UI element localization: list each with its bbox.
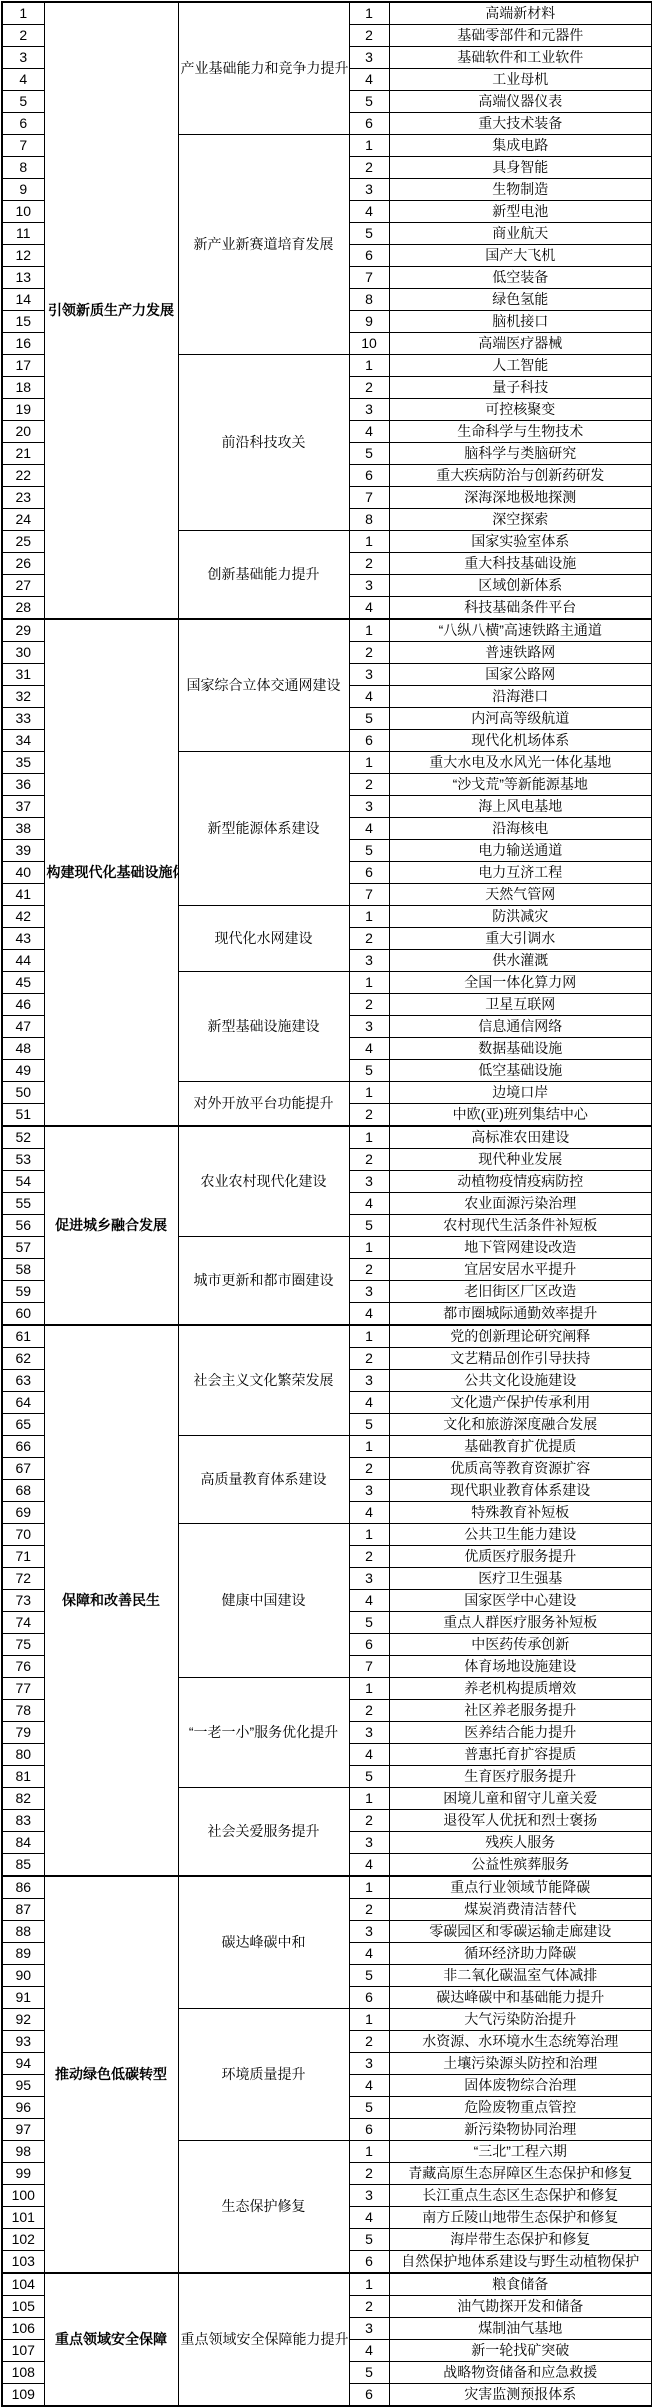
row-number-cell: 6: [2, 113, 44, 135]
item-number-cell: 2: [349, 1149, 389, 1171]
item-name-cell: 国家实验室体系: [389, 531, 652, 553]
item-number-cell: 6: [349, 730, 389, 752]
item-number-cell: 1: [349, 135, 389, 157]
row-number-cell: 89: [2, 1943, 44, 1965]
item-number-cell: 2: [349, 928, 389, 950]
item-name-cell: 国家医学中心建设: [389, 1590, 652, 1612]
row-number-cell: 71: [2, 1546, 44, 1568]
item-name-cell: 低空装备: [389, 267, 652, 289]
item-number-cell: 3: [349, 2053, 389, 2075]
item-name-cell: 碳达峰碳中和基础能力提升: [389, 1987, 652, 2009]
subcategory-cell: 重点领域安全保障能力提升: [178, 2273, 349, 2406]
item-name-cell: 天然气管网: [389, 884, 652, 906]
row-number-cell: 107: [2, 2340, 44, 2362]
row-number-cell: 65: [2, 1414, 44, 1436]
item-name-cell: 国产大飞机: [389, 245, 652, 267]
item-number-cell: 3: [349, 1832, 389, 1854]
item-name-cell: 低空基础设施: [389, 1060, 652, 1082]
row-number-cell: 34: [2, 730, 44, 752]
subcategory-cell: 创新基础能力提升: [178, 531, 349, 620]
item-number-cell: 4: [349, 1590, 389, 1612]
item-name-cell: 文化和旅游深度融合发展: [389, 1414, 652, 1436]
item-number-cell: 4: [349, 1854, 389, 1877]
subcategory-cell: 对外开放平台功能提升: [178, 1082, 349, 1127]
row-number-cell: 102: [2, 2229, 44, 2251]
item-number-cell: 4: [349, 1392, 389, 1414]
item-number-cell: 4: [349, 2340, 389, 2362]
item-number-cell: 1: [349, 1788, 389, 1810]
row-number-cell: 70: [2, 1524, 44, 1546]
item-name-cell: 重大引调水: [389, 928, 652, 950]
item-name-cell: 新污染物协同治理: [389, 2119, 652, 2141]
item-number-cell: 3: [349, 2185, 389, 2207]
item-number-cell: 2: [349, 1348, 389, 1370]
item-name-cell: 信息通信网络: [389, 1016, 652, 1038]
item-name-cell: 动植物疫情疫病防控: [389, 1171, 652, 1193]
row-number-cell: 10: [2, 201, 44, 223]
item-number-cell: 3: [349, 399, 389, 421]
item-number-cell: 1: [349, 1436, 389, 1458]
item-name-cell: 集成电路: [389, 135, 652, 157]
table-row: 29构建现代化基础设施体系国家综合立体交通网建设1“八纵八横”高速铁路主通道: [2, 619, 652, 642]
item-number-cell: 10: [349, 333, 389, 355]
row-number-cell: 32: [2, 686, 44, 708]
item-name-cell: “沙戈荒”等新能源基地: [389, 774, 652, 796]
item-number-cell: 3: [349, 664, 389, 686]
item-number-cell: 3: [349, 1281, 389, 1303]
item-name-cell: 水资源、水环境水生态统筹治理: [389, 2031, 652, 2053]
row-number-cell: 54: [2, 1171, 44, 1193]
row-number-cell: 23: [2, 487, 44, 509]
item-name-cell: 公共文化设施建设: [389, 1370, 652, 1392]
item-number-cell: 1: [349, 619, 389, 642]
row-number-cell: 73: [2, 1590, 44, 1612]
subcategory-cell: 国家综合立体交通网建设: [178, 619, 349, 752]
subcategory-cell: 高质量教育体系建设: [178, 1436, 349, 1524]
row-number-cell: 13: [2, 267, 44, 289]
item-name-cell: 绿色氢能: [389, 289, 652, 311]
item-name-cell: 现代职业教育体系建设: [389, 1480, 652, 1502]
item-number-cell: 2: [349, 2296, 389, 2318]
item-name-cell: 海岸带生态保护和修复: [389, 2229, 652, 2251]
item-number-cell: 4: [349, 1943, 389, 1965]
item-number-cell: 5: [349, 708, 389, 730]
subcategory-cell: 社会关爱服务提升: [178, 1788, 349, 1877]
row-number-cell: 58: [2, 1259, 44, 1281]
row-number-cell: 88: [2, 1921, 44, 1943]
item-number-cell: 1: [349, 972, 389, 994]
item-name-cell: 卫星互联网: [389, 994, 652, 1016]
item-name-cell: 国家公路网: [389, 664, 652, 686]
row-number-cell: 79: [2, 1722, 44, 1744]
item-number-cell: 5: [349, 223, 389, 245]
item-number-cell: 5: [349, 1965, 389, 1987]
row-number-cell: 92: [2, 2009, 44, 2031]
item-number-cell: 3: [349, 950, 389, 972]
row-number-cell: 20: [2, 421, 44, 443]
item-name-cell: 重大科技基础设施: [389, 553, 652, 575]
row-number-cell: 19: [2, 399, 44, 421]
item-name-cell: 大气污染防治提升: [389, 2009, 652, 2031]
subcategory-cell: 社会主义文化繁荣发展: [178, 1325, 349, 1436]
item-name-cell: 脑机接口: [389, 311, 652, 333]
item-number-cell: 2: [349, 1259, 389, 1281]
row-number-cell: 36: [2, 774, 44, 796]
item-name-cell: 农村现代生活条件补短板: [389, 1215, 652, 1237]
item-name-cell: 公共卫生能力建设: [389, 1524, 652, 1546]
row-number-cell: 37: [2, 796, 44, 818]
item-name-cell: 防洪减灾: [389, 906, 652, 928]
item-number-cell: 2: [349, 774, 389, 796]
row-number-cell: 69: [2, 1502, 44, 1524]
row-number-cell: 59: [2, 1281, 44, 1303]
item-name-cell: 优质高等教育资源扩容: [389, 1458, 652, 1480]
row-number-cell: 63: [2, 1370, 44, 1392]
item-name-cell: 特殊教育补短板: [389, 1502, 652, 1524]
subcategory-cell: 环境质量提升: [178, 2009, 349, 2141]
item-name-cell: 党的创新理论研究阐释: [389, 1325, 652, 1348]
row-number-cell: 100: [2, 2185, 44, 2207]
item-number-cell: 3: [349, 1480, 389, 1502]
item-name-cell: 沿海核电: [389, 818, 652, 840]
item-number-cell: 5: [349, 443, 389, 465]
item-number-cell: 6: [349, 113, 389, 135]
item-number-cell: 3: [349, 1921, 389, 1943]
item-name-cell: 非二氧化碳温室气体减排: [389, 1965, 652, 1987]
plan-table-body: 1引领新质生产力发展产业基础能力和竞争力提升1高端新材料22基础零部件和元器件3…: [2, 2, 652, 2406]
subcategory-cell: 生态保护修复: [178, 2141, 349, 2274]
item-name-cell: 普速铁路网: [389, 642, 652, 664]
item-name-cell: 南方丘陵山地带生态保护和修复: [389, 2207, 652, 2229]
item-number-cell: 7: [349, 487, 389, 509]
row-number-cell: 31: [2, 664, 44, 686]
row-number-cell: 4: [2, 69, 44, 91]
item-name-cell: 可控核聚变: [389, 399, 652, 421]
item-number-cell: 6: [349, 1987, 389, 2009]
item-name-cell: 农业面源污染治理: [389, 1193, 652, 1215]
item-name-cell: 循环经济助力降碳: [389, 1943, 652, 1965]
item-number-cell: 4: [349, 69, 389, 91]
item-name-cell: 退役军人优抚和烈士褒扬: [389, 1810, 652, 1832]
item-number-cell: 2: [349, 1458, 389, 1480]
row-number-cell: 49: [2, 1060, 44, 1082]
row-number-cell: 68: [2, 1480, 44, 1502]
row-number-cell: 62: [2, 1348, 44, 1370]
row-number-cell: 12: [2, 245, 44, 267]
item-name-cell: 青藏高原生态屏障区生态保护和修复: [389, 2163, 652, 2185]
item-number-cell: 2: [349, 1899, 389, 1921]
item-name-cell: 普惠托育扩容提质: [389, 1744, 652, 1766]
item-number-cell: 5: [349, 2362, 389, 2384]
row-number-cell: 106: [2, 2318, 44, 2340]
item-name-cell: 生育医疗服务提升: [389, 1766, 652, 1788]
row-number-cell: 3: [2, 47, 44, 69]
item-number-cell: 3: [349, 1568, 389, 1590]
row-number-cell: 48: [2, 1038, 44, 1060]
row-number-cell: 97: [2, 2119, 44, 2141]
item-number-cell: 3: [349, 1171, 389, 1193]
item-name-cell: 长江重点生态区生态保护和修复: [389, 2185, 652, 2207]
table-row: 86推动绿色低碳转型碳达峰碳中和1重点行业领域节能降碳: [2, 1876, 652, 1899]
subcategory-cell: 新型能源体系建设: [178, 752, 349, 906]
item-name-cell: 都市圈城际通勤效率提升: [389, 1303, 652, 1326]
category-cell: 构建现代化基础设施体系: [44, 619, 178, 1126]
item-number-cell: 6: [349, 1634, 389, 1656]
item-number-cell: 2: [349, 25, 389, 47]
subcategory-cell: 产业基础能力和竞争力提升: [178, 2, 349, 135]
item-name-cell: 现代种业发展: [389, 1149, 652, 1171]
row-number-cell: 44: [2, 950, 44, 972]
item-number-cell: 3: [349, 2318, 389, 2340]
item-number-cell: 4: [349, 201, 389, 223]
item-name-cell: 生命科学与生物技术: [389, 421, 652, 443]
table-row: 1引领新质生产力发展产业基础能力和竞争力提升1高端新材料: [2, 2, 652, 25]
item-name-cell: 危险废物重点管控: [389, 2097, 652, 2119]
item-number-cell: 8: [349, 509, 389, 531]
row-number-cell: 16: [2, 333, 44, 355]
item-number-cell: 2: [349, 2163, 389, 2185]
subcategory-cell: 新型基础设施建设: [178, 972, 349, 1082]
item-number-cell: 2: [349, 377, 389, 399]
item-name-cell: 困境儿童和留守儿童关爱: [389, 1788, 652, 1810]
table-row: 61保障和改善民生社会主义文化繁荣发展1党的创新理论研究阐释: [2, 1325, 652, 1348]
row-number-cell: 82: [2, 1788, 44, 1810]
row-number-cell: 90: [2, 1965, 44, 1987]
item-name-cell: 沿海港口: [389, 686, 652, 708]
item-name-cell: 公益性殡葬服务: [389, 1854, 652, 1877]
item-name-cell: 重大水电及水风光一体化基地: [389, 752, 652, 774]
row-number-cell: 51: [2, 1104, 44, 1127]
row-number-cell: 28: [2, 597, 44, 620]
item-number-cell: 6: [349, 862, 389, 884]
item-number-cell: 3: [349, 1722, 389, 1744]
item-name-cell: 煤制油气基地: [389, 2318, 652, 2340]
item-name-cell: 重点行业领域节能降碳: [389, 1876, 652, 1899]
item-number-cell: 1: [349, 1237, 389, 1259]
row-number-cell: 30: [2, 642, 44, 664]
item-number-cell: 1: [349, 1325, 389, 1348]
row-number-cell: 108: [2, 2362, 44, 2384]
row-number-cell: 29: [2, 619, 44, 642]
row-number-cell: 84: [2, 1832, 44, 1854]
item-number-cell: 7: [349, 1656, 389, 1678]
row-number-cell: 99: [2, 2163, 44, 2185]
row-number-cell: 87: [2, 1899, 44, 1921]
item-name-cell: 高标准农田建设: [389, 1126, 652, 1149]
document-page: 1引领新质生产力发展产业基础能力和竞争力提升1高端新材料22基础零部件和元器件3…: [0, 0, 652, 2408]
item-number-cell: 3: [349, 47, 389, 69]
item-number-cell: 5: [349, 2229, 389, 2251]
item-name-cell: 高端仪器仪表: [389, 91, 652, 113]
item-number-cell: 4: [349, 2207, 389, 2229]
row-number-cell: 53: [2, 1149, 44, 1171]
item-number-cell: 1: [349, 1524, 389, 1546]
row-number-cell: 35: [2, 752, 44, 774]
item-number-cell: 1: [349, 2, 389, 25]
item-number-cell: 2: [349, 1546, 389, 1568]
item-name-cell: 基础软件和工业软件: [389, 47, 652, 69]
item-name-cell: 优质医疗服务提升: [389, 1546, 652, 1568]
row-number-cell: 40: [2, 862, 44, 884]
item-name-cell: 养老机构提质增效: [389, 1678, 652, 1700]
table-row: 104重点领域安全保障重点领域安全保障能力提升1粮食储备: [2, 2273, 652, 2296]
row-number-cell: 8: [2, 157, 44, 179]
item-number-cell: 4: [349, 1193, 389, 1215]
row-number-cell: 5: [2, 91, 44, 113]
row-number-cell: 45: [2, 972, 44, 994]
item-name-cell: “八纵八横”高速铁路主通道: [389, 619, 652, 642]
row-number-cell: 18: [2, 377, 44, 399]
row-number-cell: 38: [2, 818, 44, 840]
item-name-cell: 体育场地设施建设: [389, 1656, 652, 1678]
item-number-cell: 1: [349, 752, 389, 774]
item-number-cell: 4: [349, 818, 389, 840]
row-number-cell: 66: [2, 1436, 44, 1458]
row-number-cell: 67: [2, 1458, 44, 1480]
row-number-cell: 83: [2, 1810, 44, 1832]
row-number-cell: 93: [2, 2031, 44, 2053]
item-name-cell: 供水灌溉: [389, 950, 652, 972]
item-name-cell: 重点人群医疗服务补短板: [389, 1612, 652, 1634]
row-number-cell: 72: [2, 1568, 44, 1590]
category-cell: 引领新质生产力发展: [44, 2, 178, 619]
item-number-cell: 4: [349, 1744, 389, 1766]
row-number-cell: 39: [2, 840, 44, 862]
item-name-cell: 新一轮找矿突破: [389, 2340, 652, 2362]
item-number-cell: 5: [349, 1612, 389, 1634]
subcategory-cell: 健康中国建设: [178, 1524, 349, 1678]
plan-category-table: 1引领新质生产力发展产业基础能力和竞争力提升1高端新材料22基础零部件和元器件3…: [1, 1, 652, 2407]
item-name-cell: 现代化机场体系: [389, 730, 652, 752]
item-name-cell: 残疾人服务: [389, 1832, 652, 1854]
category-cell: 重点领域安全保障: [44, 2273, 178, 2406]
item-name-cell: 中欧(亚)班列集结中心: [389, 1104, 652, 1127]
item-name-cell: 量子科技: [389, 377, 652, 399]
item-name-cell: 自然保护地体系建设与野生动植物保护: [389, 2251, 652, 2274]
item-name-cell: 土壤污染源头防控和治理: [389, 2053, 652, 2075]
row-number-cell: 98: [2, 2141, 44, 2163]
row-number-cell: 26: [2, 553, 44, 575]
item-name-cell: 高端医疗器械: [389, 333, 652, 355]
item-name-cell: 重大疾病防治与创新药研发: [389, 465, 652, 487]
item-name-cell: 文艺精品创作引导扶持: [389, 1348, 652, 1370]
item-number-cell: 2: [349, 1810, 389, 1832]
item-name-cell: 深海深地极地探测: [389, 487, 652, 509]
row-number-cell: 52: [2, 1126, 44, 1149]
subcategory-cell: “一老一小”服务优化提升: [178, 1678, 349, 1788]
row-number-cell: 50: [2, 1082, 44, 1104]
item-number-cell: 5: [349, 1060, 389, 1082]
row-number-cell: 9: [2, 179, 44, 201]
row-number-cell: 21: [2, 443, 44, 465]
row-number-cell: 81: [2, 1766, 44, 1788]
item-name-cell: 工业母机: [389, 69, 652, 91]
subcategory-cell: 前沿科技攻关: [178, 355, 349, 531]
row-number-cell: 77: [2, 1678, 44, 1700]
item-name-cell: 电力互济工程: [389, 862, 652, 884]
item-number-cell: 3: [349, 179, 389, 201]
item-name-cell: 文化遗产保护传承利用: [389, 1392, 652, 1414]
item-number-cell: 4: [349, 1303, 389, 1326]
row-number-cell: 91: [2, 1987, 44, 2009]
row-number-cell: 43: [2, 928, 44, 950]
item-number-cell: 6: [349, 245, 389, 267]
category-cell: 促进城乡融合发展: [44, 1126, 178, 1325]
item-name-cell: 零碳园区和零碳运输走廊建设: [389, 1921, 652, 1943]
item-number-cell: 1: [349, 1678, 389, 1700]
row-number-cell: 41: [2, 884, 44, 906]
row-number-cell: 94: [2, 2053, 44, 2075]
item-number-cell: 8: [349, 289, 389, 311]
item-number-cell: 6: [349, 465, 389, 487]
item-number-cell: 2: [349, 553, 389, 575]
subcategory-cell: 现代化水网建设: [178, 906, 349, 972]
row-number-cell: 42: [2, 906, 44, 928]
item-number-cell: 1: [349, 1126, 389, 1149]
row-number-cell: 104: [2, 2273, 44, 2296]
item-number-cell: 3: [349, 1370, 389, 1392]
item-number-cell: 6: [349, 2251, 389, 2274]
item-number-cell: 2: [349, 2031, 389, 2053]
item-name-cell: 医养结合能力提升: [389, 1722, 652, 1744]
row-number-cell: 103: [2, 2251, 44, 2274]
item-name-cell: 区域创新体系: [389, 575, 652, 597]
row-number-cell: 46: [2, 994, 44, 1016]
item-name-cell: 中医药传承创新: [389, 1634, 652, 1656]
row-number-cell: 96: [2, 2097, 44, 2119]
category-cell: 保障和改善民生: [44, 1325, 178, 1876]
item-name-cell: 固体废物综合治理: [389, 2075, 652, 2097]
item-number-cell: 1: [349, 2141, 389, 2163]
row-number-cell: 57: [2, 1237, 44, 1259]
item-number-cell: 1: [349, 1876, 389, 1899]
row-number-cell: 14: [2, 289, 44, 311]
item-name-cell: 社区养老服务提升: [389, 1700, 652, 1722]
item-name-cell: 脑科学与类脑研究: [389, 443, 652, 465]
item-name-cell: 科技基础条件平台: [389, 597, 652, 620]
item-name-cell: 地下管网建设改造: [389, 1237, 652, 1259]
item-number-cell: 2: [349, 157, 389, 179]
item-name-cell: “三北”工程六期: [389, 2141, 652, 2163]
item-name-cell: 基础教育扩优提质: [389, 1436, 652, 1458]
item-number-cell: 4: [349, 421, 389, 443]
row-number-cell: 25: [2, 531, 44, 553]
item-number-cell: 2: [349, 994, 389, 1016]
item-name-cell: 全国一体化算力网: [389, 972, 652, 994]
row-number-cell: 76: [2, 1656, 44, 1678]
row-number-cell: 64: [2, 1392, 44, 1414]
item-name-cell: 油气勘探开发和储备: [389, 2296, 652, 2318]
row-number-cell: 80: [2, 1744, 44, 1766]
subcategory-cell: 新产业新赛道培育发展: [178, 135, 349, 355]
item-name-cell: 战略物资储备和应急救援: [389, 2362, 652, 2384]
row-number-cell: 1: [2, 2, 44, 25]
item-name-cell: 宜居安居水平提升: [389, 1259, 652, 1281]
row-number-cell: 27: [2, 575, 44, 597]
item-name-cell: 重大技术装备: [389, 113, 652, 135]
row-number-cell: 7: [2, 135, 44, 157]
item-number-cell: 1: [349, 2273, 389, 2296]
item-number-cell: 5: [349, 1215, 389, 1237]
row-number-cell: 61: [2, 1325, 44, 1348]
item-name-cell: 具身智能: [389, 157, 652, 179]
row-number-cell: 86: [2, 1876, 44, 1899]
row-number-cell: 2: [2, 25, 44, 47]
item-name-cell: 生物制造: [389, 179, 652, 201]
row-number-cell: 109: [2, 2384, 44, 2407]
row-number-cell: 15: [2, 311, 44, 333]
row-number-cell: 78: [2, 1700, 44, 1722]
